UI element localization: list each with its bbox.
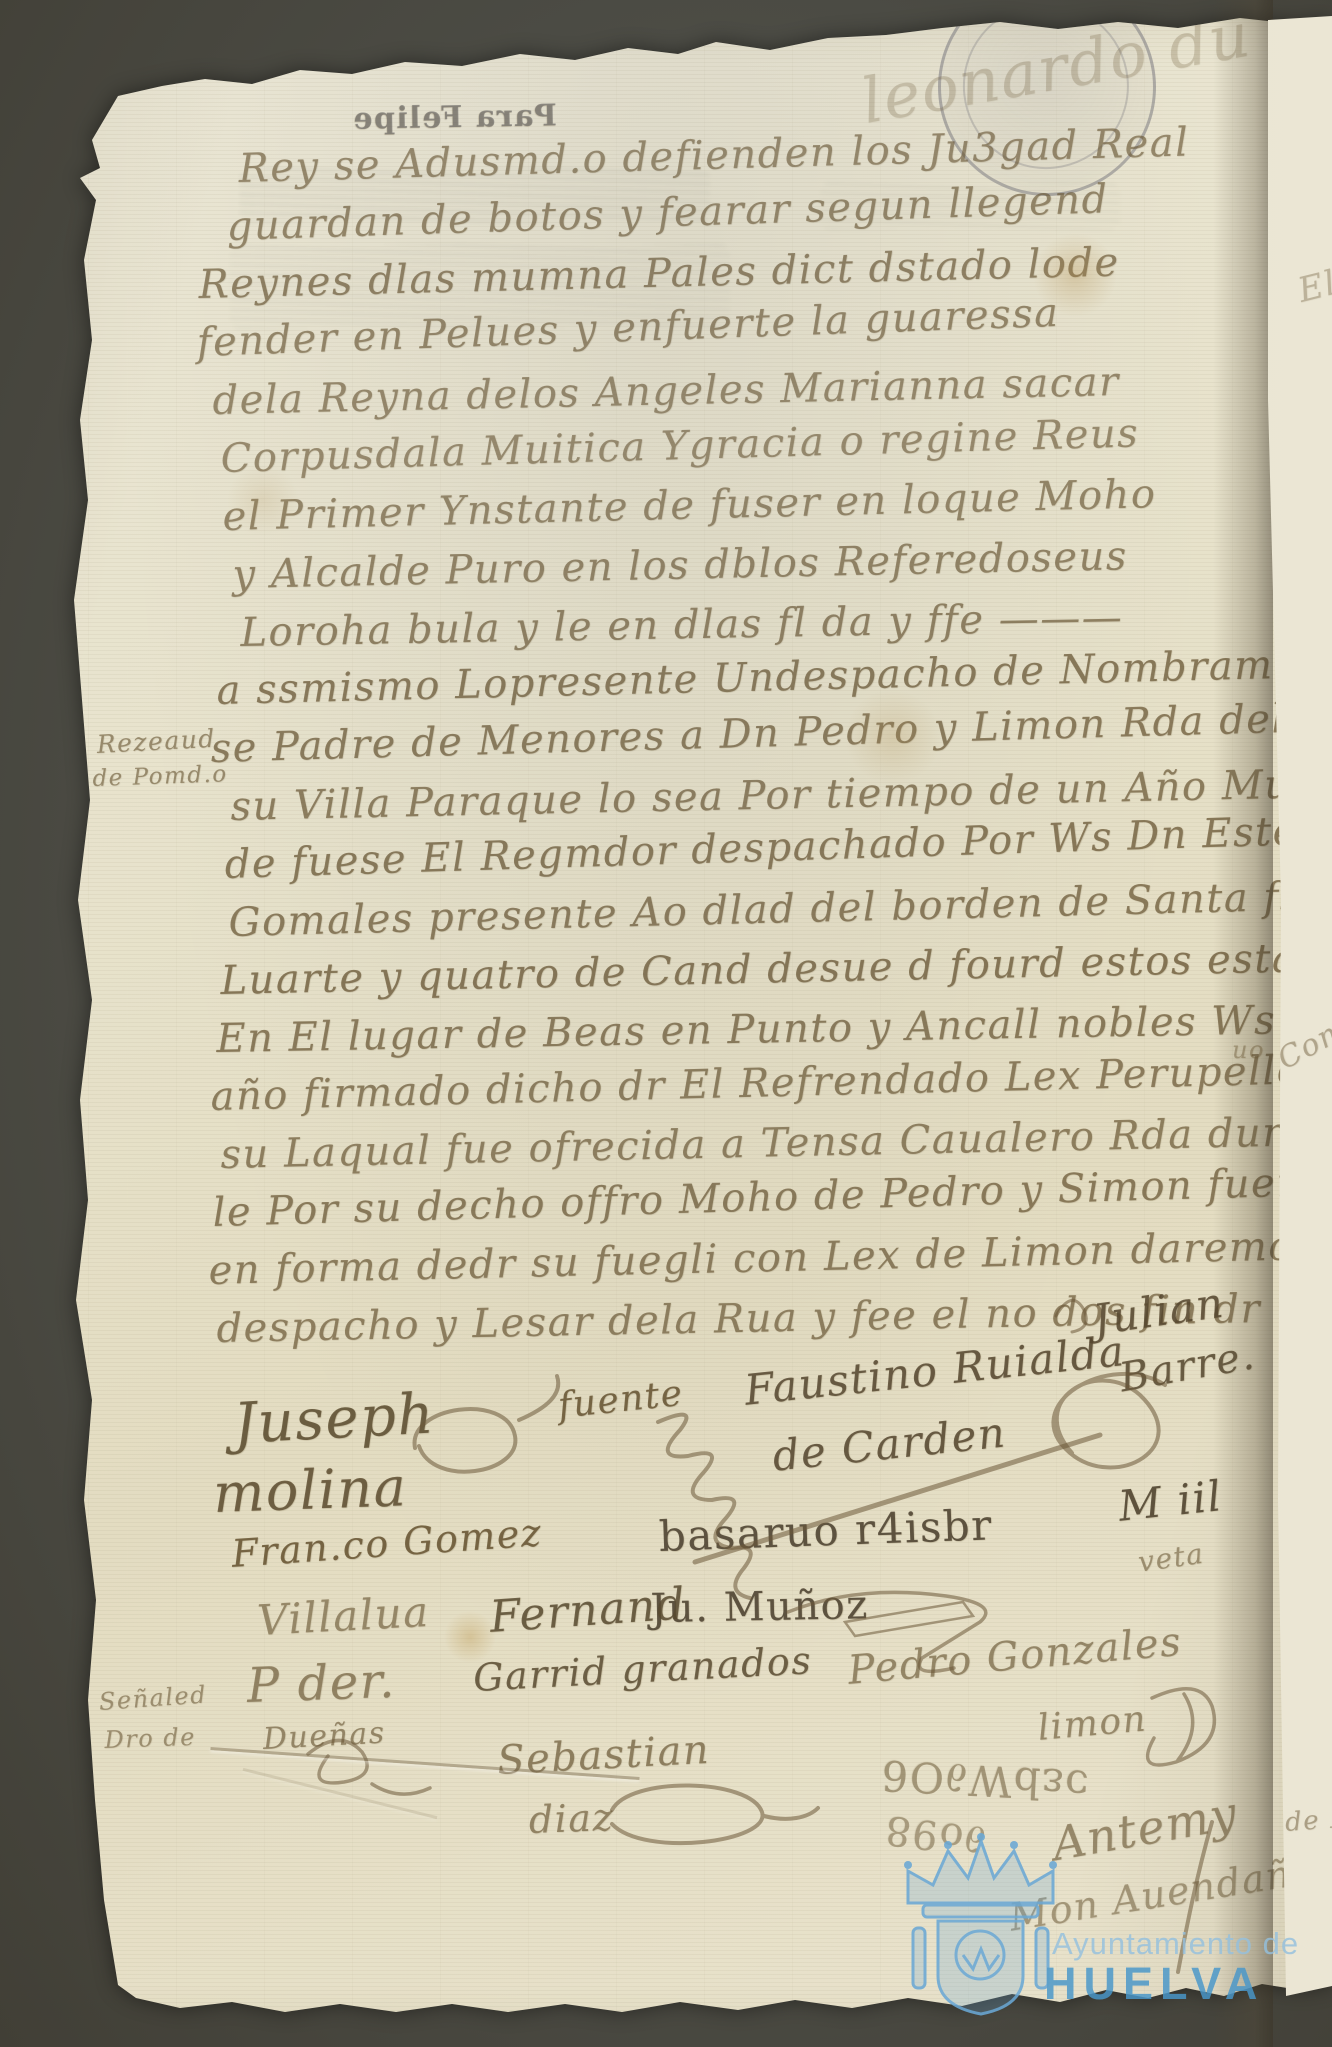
signature: P der. — [246, 1653, 396, 1714]
signature: fuente — [556, 1373, 685, 1427]
signature: Dro de — [104, 1723, 196, 1754]
signature: diaz — [528, 1795, 615, 1842]
signature: Juseph — [232, 1381, 436, 1456]
bleedthrough-text: Para Felipe — [352, 98, 558, 137]
manuscript-photo: Para Felipe leonardo du Rezeaud de Pomd.… — [0, 0, 1332, 2047]
signature: limon — [1036, 1698, 1149, 1748]
signature: Julian — [1090, 1278, 1227, 1345]
signature: Mon Auendaño — [1006, 1848, 1319, 1940]
signature: Garrid granados — [472, 1638, 813, 1700]
margin-note-line2: de Pomd.o — [92, 761, 228, 792]
margin-note-line1: Rezeaud — [96, 724, 216, 759]
paper-crease — [243, 1768, 438, 1819]
signature: Villalua — [256, 1587, 431, 1645]
signature: Fernand — [488, 1578, 688, 1643]
edge-fragment: de R — [1284, 1803, 1332, 1838]
signature: M iil — [1116, 1471, 1225, 1531]
signature: Pedro Gonzales — [846, 1619, 1184, 1694]
signature: Barre. — [1116, 1332, 1259, 1401]
body-line: Corpusdala Muitica Ygracia o regine Reus — [220, 410, 1140, 482]
paper-wrap: Para Felipe leonardo du Rezeaud de Pomd.… — [0, 0, 1332, 2047]
inverted-inscription: ∂o98 — [882, 1806, 989, 1864]
body-line: en forma dedr su fuegli con Lex de Limon… — [208, 1223, 1316, 1294]
signature: Señaled — [98, 1680, 208, 1715]
inverted-inscription: ↄεbW∂O6 — [879, 1751, 1090, 1811]
body-line: y Alcalde Puro en los dblos Referedoseus — [232, 533, 1128, 598]
body-line: Loroha bula y le en dlas fl da y ffe ——— — [240, 595, 1123, 656]
manuscript-paper: Para Felipe leonardo du Rezeaud de Pomd.… — [0, 0, 1332, 2047]
signature: Dueñas — [262, 1716, 386, 1757]
signature: Sebastian — [496, 1727, 711, 1784]
signature: molina — [212, 1455, 408, 1525]
signature: veta — [1136, 1537, 1206, 1579]
body-line: Luarte y quatro de Cand desue d fourd es… — [220, 935, 1325, 1004]
signature: basaruo r4isbr — [658, 1500, 994, 1561]
edge-fragment: uo — [1232, 1036, 1265, 1064]
signature: de Carden — [770, 1407, 1008, 1480]
body-line: Gomales presente Ao dlad del borden de S… — [228, 873, 1324, 946]
body-line: el Primer Ynstante de fuser en loque Moh… — [222, 471, 1157, 540]
